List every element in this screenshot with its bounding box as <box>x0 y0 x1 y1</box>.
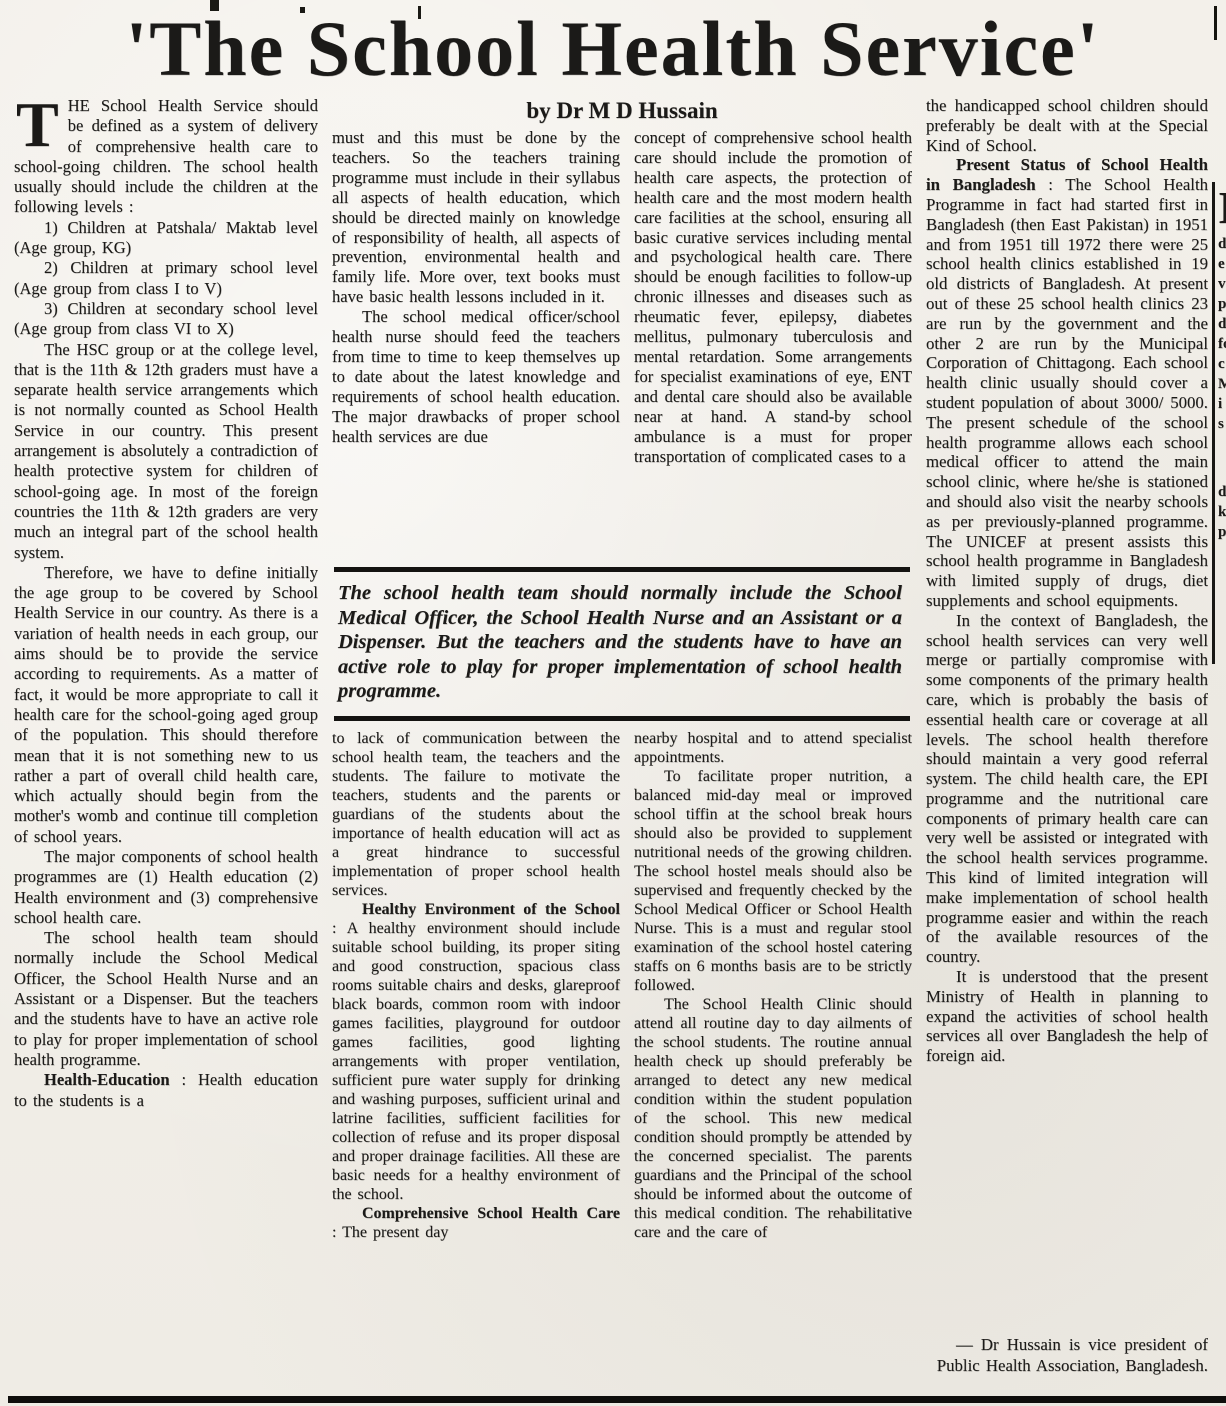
paragraph: Healthy Environment of the School : A he… <box>332 900 620 1204</box>
adjacent-column-fragments: I d e v p d fo c M i s d k p <box>1212 182 1226 664</box>
edge-fragment: d <box>1215 234 1226 254</box>
pull-quote: The school health team should normally i… <box>334 567 910 721</box>
paragraph: concept of comprehensive school health c… <box>634 128 912 466</box>
paragraph: It is understood that the present Minist… <box>926 967 1208 1066</box>
edge-fragment: c <box>1215 354 1226 374</box>
edge-fragment: M <box>1215 374 1226 394</box>
middle-columns: by Dr M D Hussain must and this must be … <box>332 96 912 1390</box>
column-1: THE School Health Service should be defi… <box>14 96 318 1390</box>
scan-speck <box>210 0 219 11</box>
paragraph: the handicapped school children should p… <box>926 96 1208 155</box>
section-heading: Health-Education <box>44 1070 170 1089</box>
article-body: THE School Health Service should be defi… <box>0 92 1226 1390</box>
section-heading: Healthy Environment of the School <box>362 901 620 918</box>
paragraph-text: nearby hospital and to attend specialist… <box>634 730 912 766</box>
column-2-lower: to lack of communication between the sch… <box>332 729 620 1391</box>
article-headline: 'The School Health Service' <box>10 6 1216 92</box>
edge-fragment-gap <box>1215 434 1226 482</box>
paragraph-text: The school health team should normally i… <box>14 928 318 1069</box>
column-2-upper: must and this must be done by the teache… <box>332 128 620 564</box>
paragraph-text: The major components of school health pr… <box>14 847 318 927</box>
paragraph: Therefore, we have to define initially t… <box>14 563 318 847</box>
paragraph: nearby hospital and to attend specialist… <box>634 729 912 767</box>
paragraph-text: It is understood that the present Minist… <box>926 967 1208 1065</box>
bottom-rule <box>8 1396 1226 1403</box>
paragraph: must and this must be done by the teache… <box>332 128 620 307</box>
edge-fragment: I <box>1215 182 1226 234</box>
list-item: 3) Children at secondary school level (A… <box>14 299 318 340</box>
scan-edge-tick <box>1214 6 1217 40</box>
paragraph-text: : The School Health Programme in fact ha… <box>926 175 1208 610</box>
paragraph-text: 1) Children at Patshala/ Maktab level (A… <box>14 218 318 257</box>
newspaper-page: 'The School Health Service' THE School H… <box>0 0 1226 1406</box>
paragraph: Present Status of School Health in Bangl… <box>926 155 1208 610</box>
author-note: — Dr Hussain is vice president of Public… <box>926 1335 1208 1376</box>
edge-fragment: e <box>1215 254 1226 274</box>
list-item: 1) Children at Patshala/ Maktab level (A… <box>14 218 318 259</box>
edge-fragment: i <box>1215 394 1226 414</box>
edge-fragment: fo <box>1215 334 1226 354</box>
edge-fragment: k <box>1215 502 1226 522</box>
paragraph-text: The HSC group or at the college level, t… <box>14 340 318 562</box>
paragraph: Health-Education : Health education to t… <box>14 1070 318 1111</box>
column-3-upper: concept of comprehensive school health c… <box>634 128 912 564</box>
edge-fragment: p <box>1215 294 1226 314</box>
paragraph-text: must and this must be done by the teache… <box>332 128 620 306</box>
paragraph: The school medical officer/school health… <box>332 307 620 446</box>
middle-bottom-row: to lack of communication between the sch… <box>332 729 912 1391</box>
drop-cap: T <box>14 96 68 150</box>
paragraph-text: 2) Children at primary school level (Age… <box>14 258 318 297</box>
section-heading: Comprehensive School Health Care <box>362 1205 620 1222</box>
column-4-spacer <box>926 1066 1208 1335</box>
paragraph: The HSC group or at the college level, t… <box>14 340 318 563</box>
paragraph-text: to lack of communication between the sch… <box>332 730 620 899</box>
edge-fragment: d <box>1215 314 1226 334</box>
paragraph-text: 3) Children at secondary school level (A… <box>14 299 318 338</box>
paragraph-text: the handicapped school children should p… <box>926 96 1208 155</box>
paragraph-text: To facilitate proper nutrition, a balanc… <box>634 768 912 994</box>
scan-speck <box>300 7 305 13</box>
column-3-lower: nearby hospital and to attend specialist… <box>634 729 912 1391</box>
list-item: 2) Children at primary school level (Age… <box>14 258 318 299</box>
paragraph: to lack of communication between the sch… <box>332 729 620 900</box>
edge-fragment: p <box>1215 522 1226 542</box>
scan-speck <box>418 6 421 19</box>
paragraph: In the context of Bangladesh, the school… <box>926 611 1208 967</box>
middle-top-row: must and this must be done by the teache… <box>332 128 912 564</box>
paragraph-text: : A healthy environment should include s… <box>332 920 620 1203</box>
edge-fragment: s <box>1215 414 1226 434</box>
paragraph: The major components of school health pr… <box>14 847 318 928</box>
paragraph-text: Therefore, we have to define initially t… <box>14 563 318 846</box>
edge-fragment: v <box>1215 274 1226 294</box>
paragraph-text: The school medical officer/school health… <box>332 307 620 445</box>
paragraph: To facilitate proper nutrition, a balanc… <box>634 767 912 995</box>
paragraph-text: : The present day <box>332 1224 448 1241</box>
paragraph: Comprehensive School Health Care : The p… <box>332 1204 620 1242</box>
edge-fragment: d <box>1215 482 1226 502</box>
byline: by Dr M D Hussain <box>332 96 912 128</box>
paragraph: The School Health Clinic should attend a… <box>634 995 912 1242</box>
column-4: the handicapped school children should p… <box>926 96 1208 1390</box>
paragraph-text: In the context of Bangladesh, the school… <box>926 611 1208 967</box>
paragraph-lead: THE School Health Service should be defi… <box>14 96 318 218</box>
paragraph: The school health team should normally i… <box>14 928 318 1070</box>
paragraph-text: The School Health Clinic should attend a… <box>634 996 912 1241</box>
paragraph-text: concept of comprehensive school health c… <box>634 128 912 466</box>
